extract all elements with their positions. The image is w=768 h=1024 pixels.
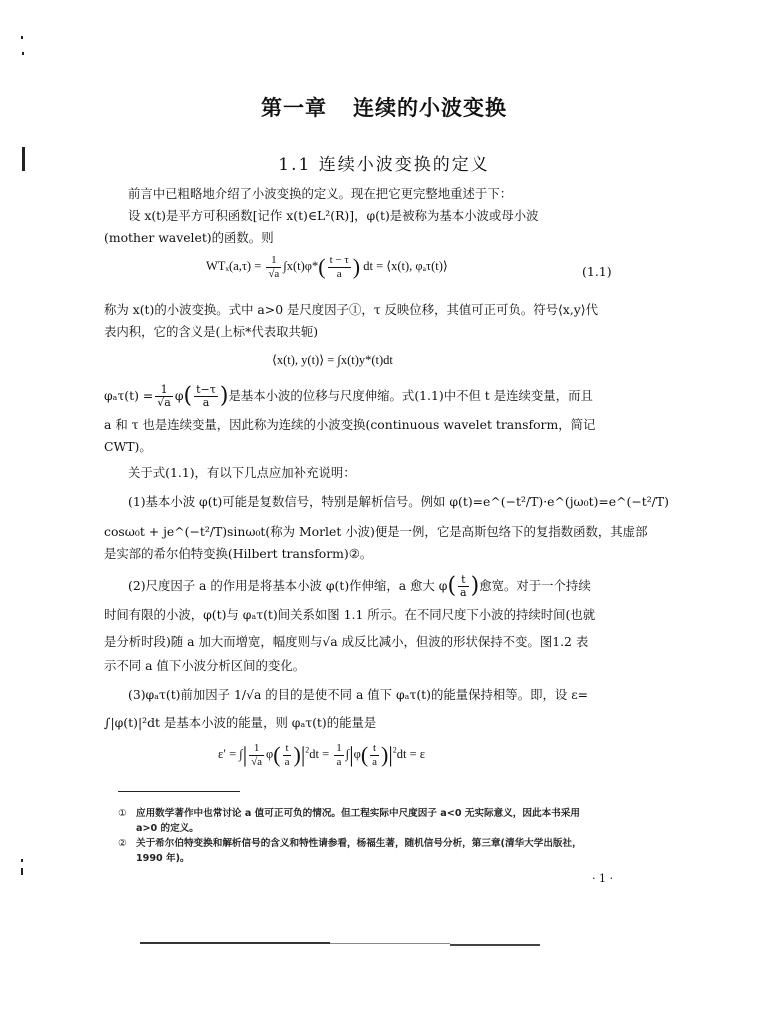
paragraph-definition-line2: (mother wavelet)的函数。则 <box>104 227 628 249</box>
energy-phi-fraction-2: ta <box>370 742 379 767</box>
item3-line2: ∫|φ(t)|²dt 是基本小波的能量，则 φₐτ(t)的能量是 <box>104 712 628 734</box>
footnote-marker: ② <box>118 836 136 851</box>
equation-inner-product: ⟨x(t), y(t)⟩ = ∫x(t)y*(t)dt <box>272 352 393 368</box>
energy-rhs: dt = ε <box>397 747 425 761</box>
scan-artifact-line <box>330 943 450 944</box>
item2-text-a: (2)尺度因子 a 的作用是将基本小波 φ(t)作伸缩，a 愈大 φ <box>128 578 447 593</box>
energy-phi-fraction: ta <box>283 742 292 767</box>
section-title: 1.1 连续小波变换的定义 <box>0 150 768 175</box>
psi-inner-fraction: t−τa <box>194 384 218 409</box>
item1-line1: (1)基本小波 φ(t)可能是复数信号，特别是解析信号。例如 φ(t)=e^(−… <box>104 491 652 513</box>
paragraph-definition-line1: 设 x(t)是平方可积函数[记作 x(t)∈L²(R)]，φ(t)是被称为基本小… <box>104 205 652 227</box>
item1-line2: cosω₀t + je^(−t²/T)sinω₀t(称为 Morlet 小波)便… <box>104 521 628 543</box>
energy-fraction-2: 1a <box>334 742 344 767</box>
psi-text: 是基本小波的位移与尺度伸缩。式(1.1)中不但 t 是连续变量，而且 <box>228 388 592 403</box>
psi-fraction: 1√a <box>155 384 173 409</box>
item2-line1: (2)尺度因子 a 的作用是将基本小波 φ(t)作伸缩，a 愈大 φ(ta)愈宽… <box>104 574 652 599</box>
psi-phi: φ <box>175 388 184 403</box>
item1-line3: 是实部的希尔伯特变换(Hilbert transform)②。 <box>104 543 628 565</box>
paragraph-wt-line2: 表内积，它的含义是(上标*代表取共轭) <box>104 321 628 343</box>
scan-artifact-line <box>140 942 330 944</box>
equation-1-1: WTₓ(a,τ) = 1√a∫x(t)φ*(t − τa) dt = ⟨x(t)… <box>206 254 448 280</box>
footnote-1: ①应用数学著作中也常讨论 a 值可正可负的情况。但工程实际中尺度因子 a<0 无… <box>118 806 638 836</box>
paragraph-wt-line1: 称为 x(t)的小波变换。式中 a>0 是尺度因子①，τ 反映位移，其值可正可负… <box>104 299 628 321</box>
scan-artifact-line <box>450 944 540 946</box>
eq-rhs: dt = ⟨x(t), φₐτ(t)⟩ <box>363 259 448 273</box>
psi-lhs: φₐτ(t) = <box>104 388 153 403</box>
chapter-name: 连续的小波变换 <box>353 96 507 120</box>
footnote-text: 关于希尔伯特变换和解析信号的含义和特性请参看，杨福生著，随机信号分析，第三章(清… <box>136 838 582 849</box>
eq-integral: ∫x(t)φ* <box>283 259 318 273</box>
item2-line3: 是分析时段)随 a 加大而增宽，幅度则与√a 成反比减小，但波的形状保持不变。图… <box>104 631 628 653</box>
item2-line2: 时间有限的小波，φ(t)与 φₐτ(t)间关系如图 1.1 所示。在不同尺度下小… <box>104 604 628 626</box>
footnote-text: a>0 的定义。 <box>136 823 199 834</box>
paragraph-notes-intro: 关于式(1.1)，有以下几点应加补充说明： <box>104 462 652 484</box>
scan-mark <box>21 868 23 875</box>
item2-text-b: 愈宽。对于一个持续 <box>479 578 591 593</box>
item3-line1: (3)φₐτ(t)前加因子 1/√a 的目的是使不同 a 值下 φₐτ(t)的能… <box>104 684 652 706</box>
footnote-text: 1990 年)。 <box>136 853 190 864</box>
item2-fraction: ta <box>458 574 469 599</box>
eq-fraction: 1√a <box>266 254 281 279</box>
energy-fraction: 1√a <box>249 742 264 767</box>
equation-energy: ε′ = ∫|1√aφ(ta)|2dt = 1a∫|φ(ta)|2dt = ε <box>218 742 425 768</box>
footnote-2: ②关于希尔伯特变换和解析信号的含义和特性请参看，杨福生著，随机信号分析，第三章(… <box>118 836 638 866</box>
paragraph-psi-line1: φₐτ(t) =1√aφ(t−τa)是基本小波的位移与尺度伸缩。式(1.1)中不… <box>104 384 628 409</box>
paragraph-intro: 前言中已粗略地介绍了小波变换的定义。现在把它更完整地重述于下： <box>104 183 652 205</box>
footnote-marker: ① <box>118 806 136 821</box>
footnote-text: 应用数学著作中也常讨论 a 值可正可负的情况。但工程实际中尺度因子 a<0 无实… <box>136 808 580 819</box>
scan-mark <box>21 859 23 862</box>
item2-line4: 示不同 a 值下小波分析区间的变化。 <box>104 655 628 677</box>
paragraph-psi-line3: CWT)。 <box>104 436 628 458</box>
footnote-divider <box>118 791 240 792</box>
scan-mark <box>21 36 23 39</box>
paragraph-psi-line2: a 和 τ 也是连续变量，因此称为连续的小波变换(continuous wave… <box>104 414 628 436</box>
energy-lhs: ε′ = ∫ <box>218 747 243 761</box>
page-number: · 1 · <box>592 872 613 885</box>
chapter-number: 第一章 <box>261 96 327 120</box>
chapter-title: 第一章连续的小波变换 <box>0 92 768 122</box>
eq-inner-fraction: t − τa <box>328 254 351 279</box>
scan-mark <box>22 52 24 55</box>
equation-number: (1.1) <box>582 264 612 279</box>
eq-lhs: WTₓ(a,τ) = <box>206 259 261 273</box>
energy-mid: dt = <box>309 747 329 761</box>
